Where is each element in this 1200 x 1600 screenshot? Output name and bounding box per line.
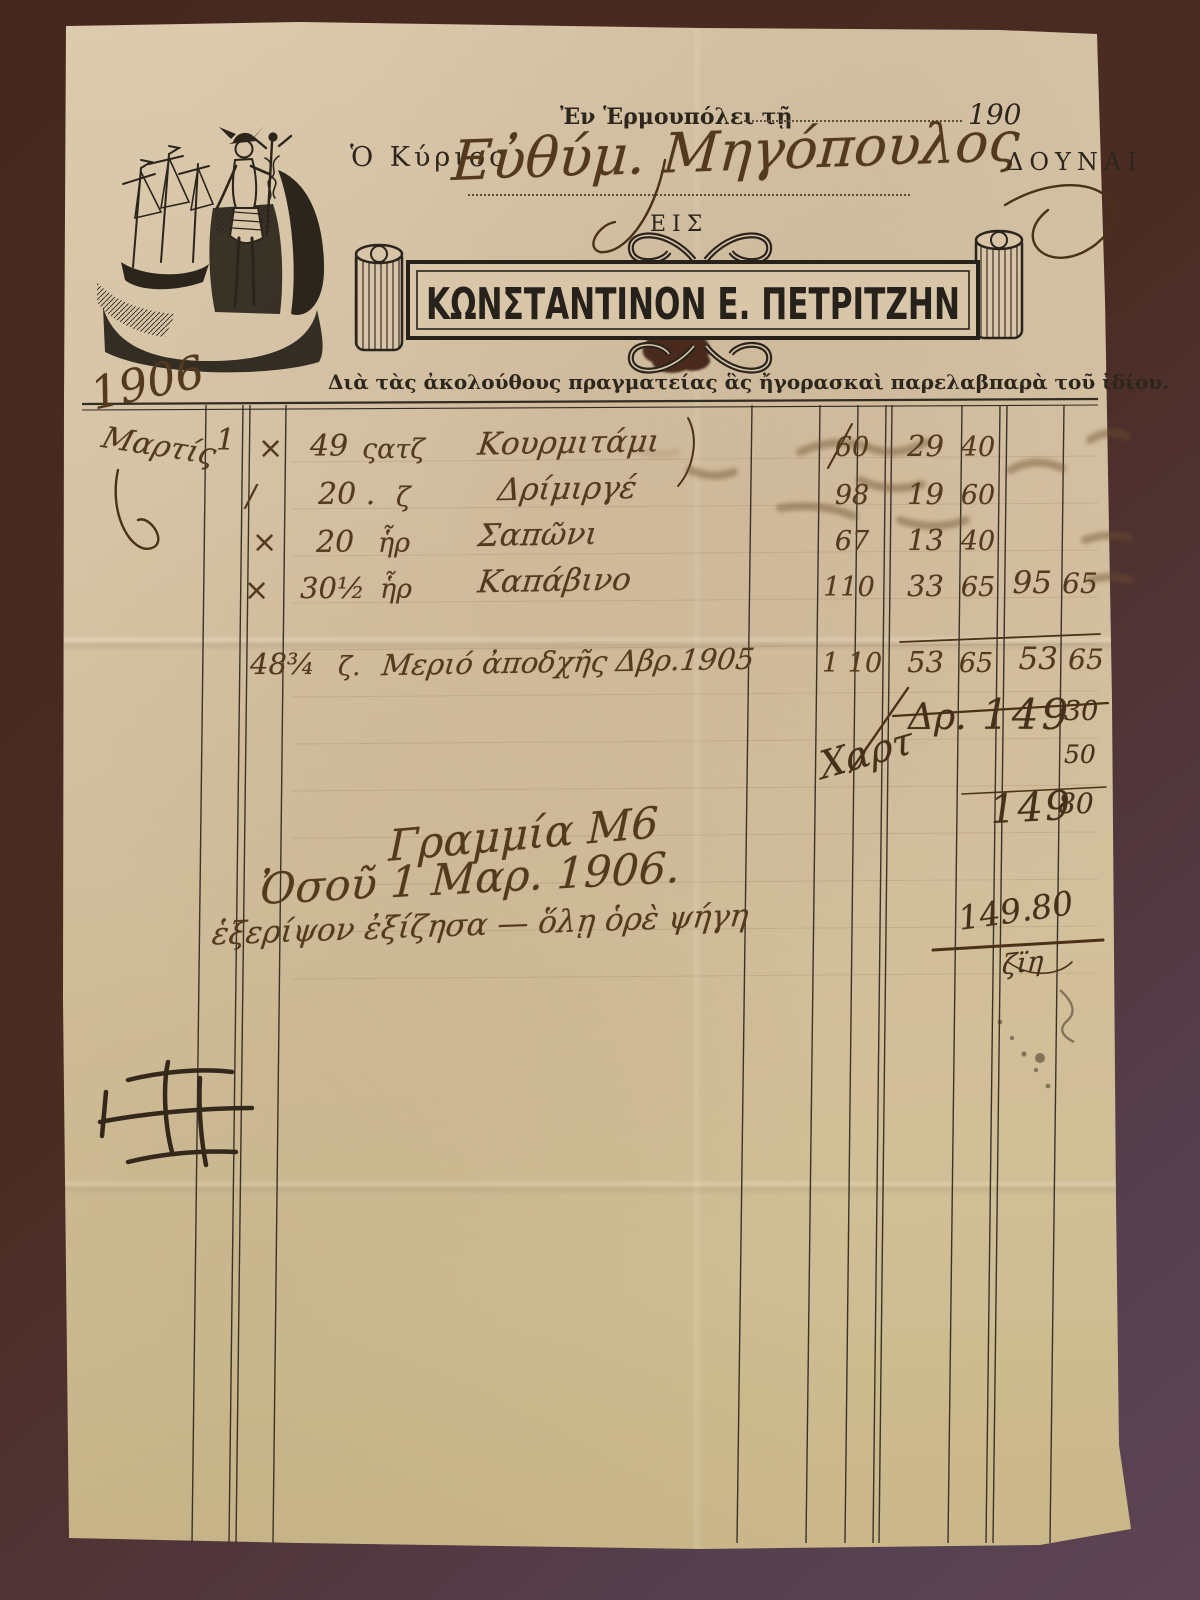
faint-stamp-marks	[998, 990, 1074, 1088]
row-qty: 30½	[300, 574, 365, 603]
row-mark: ∕	[246, 482, 256, 512]
row-price: 110	[820, 574, 878, 601]
subtotal-drachmas: 149	[982, 694, 1071, 736]
dounai-label: ΔΟΥΝΑΙ	[1006, 150, 1143, 174]
row-desc: Κουρμιτάμι	[476, 426, 661, 460]
row-mark: ×	[258, 434, 283, 464]
row-drachmas: 19	[898, 480, 944, 509]
eis-label: ΕΙΣ	[650, 214, 708, 236]
row-lepta: 40	[956, 528, 1000, 555]
subtotal-lepta: 30	[1064, 698, 1098, 725]
photo-of-invoice: ΚΩΝΣΤΑΝΤΙΝΟΝ Ε. ΠΕΤΡΙΤΖΗΝ	[0, 0, 1200, 1600]
row-unit: ζ.	[338, 654, 360, 680]
intro-part3: παρὰ τοῦ ἰδίου.	[989, 372, 1169, 392]
currency-label: Δρ.	[908, 700, 967, 736]
header-double-rule	[82, 399, 1098, 410]
row-total-lepta: 65	[1064, 646, 1108, 674]
entry-day: 1	[216, 426, 235, 456]
company-banner-scroll: ΚΩΝΣΤΑΝΤΙΝΟΝ Ε. ΠΕΤΡΙΤΖΗΝ	[356, 231, 1022, 371]
row-unit: ζ	[396, 484, 411, 511]
row-drachmas: 53	[898, 648, 944, 677]
row-lepta: 40	[956, 434, 1000, 461]
row-desc: Σαπῶνι	[476, 519, 599, 552]
row-desc: Μεριό ἀποδχῆς Δβρ.1905	[380, 645, 756, 681]
row-drachmas: 13	[898, 526, 944, 555]
row-desc: Δρίμιργέ	[496, 473, 638, 506]
intro-part1: Διὰ τὰς ἀκολούθους πραγματείας ἃς ἤγορασ	[328, 372, 844, 392]
customer-fill-dots	[468, 192, 910, 196]
grand-total-lepta: 80	[1058, 790, 1094, 818]
row-drachmas: 33	[898, 572, 944, 601]
row-qty: 20	[316, 528, 354, 558]
intro-line: Διὰ τὰς ἀκολούθους πραγματείας ἃς ἤγορασ…	[328, 372, 1086, 392]
row-price: 60	[826, 434, 878, 461]
stamp-duty-lepta: 50	[1064, 742, 1096, 767]
pencil-tally-mark	[100, 1062, 252, 1165]
row-unit: ςατζ	[362, 436, 425, 463]
row-total-lepta: 65	[1058, 570, 1102, 598]
note-signature: ζϊη	[1001, 948, 1044, 980]
row-price: 98	[826, 482, 878, 509]
row-lepta: 65	[956, 574, 1000, 601]
row-qty: 48¾	[250, 650, 315, 679]
row-mark: ×	[244, 576, 269, 606]
company-name: ΚΩΝΣΤΑΝΤΙΝΟΝ Ε. ΠΕΤΡΙΤΖΗΝ	[426, 279, 960, 330]
row-total-drachmas: 95	[1000, 568, 1052, 599]
row-qty: 20 .	[318, 480, 375, 510]
intro-part2: καὶ παρελαβ	[844, 372, 989, 392]
row-price: 1 10	[822, 650, 880, 677]
row-lepta: 60	[956, 482, 1000, 509]
row-price: 67	[826, 528, 878, 555]
row-total-drachmas: 53	[1006, 644, 1058, 675]
row-mark: ×	[252, 528, 277, 558]
row-drachmas: 29	[898, 432, 944, 461]
row-unit: ἧρ	[378, 530, 410, 557]
row-qty: 49	[310, 432, 348, 462]
row-lepta: 65	[954, 650, 998, 677]
row-unit: ἧρ	[380, 576, 412, 603]
row-desc: Καπάβινο	[476, 565, 633, 599]
hermes-vignette	[97, 125, 324, 372]
